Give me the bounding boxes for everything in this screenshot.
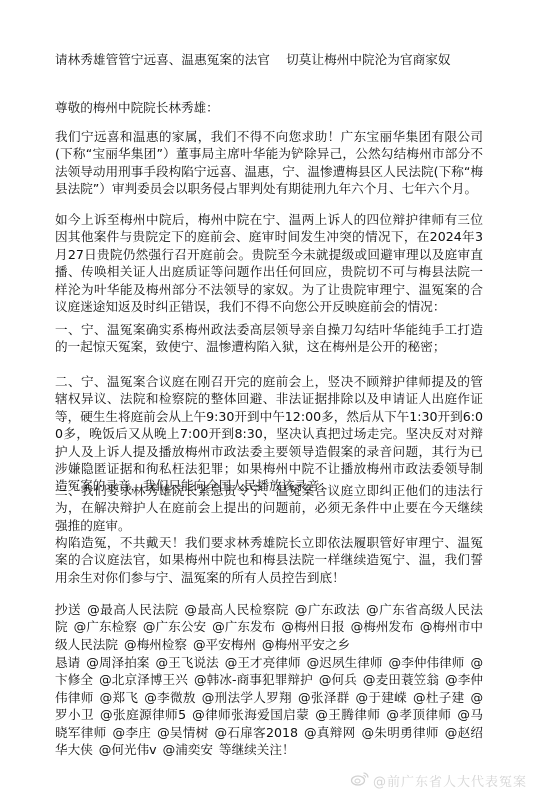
mention-link[interactable]: @梅州检察 [124, 637, 187, 652]
mention-link[interactable]: @北京泽博王兴 [99, 672, 188, 687]
mention-link[interactable]: @王腾律师 [315, 707, 380, 722]
mention-link[interactable]: @石扉客2018 [215, 725, 299, 740]
paragraph-point-two: 二、宁、温冤案合议庭在刚召开完的庭前会上，竖决不顾辩护律师提及的管辖权异议、法院… [55, 373, 483, 495]
request-list: 恳请@周泽拍案@王飞说法@王才亮律师@迟夙生律师@李仲伟律师@卞修全@北京泽博王… [55, 654, 483, 758]
mention-link[interactable]: @迟夙生律师 [307, 655, 383, 670]
cc-mentions: @最高人民法院@最高人民检察院@广东政法@广东省高级人民法院@广东检察@广东公安… [55, 602, 483, 652]
paragraph-intro: 我们宁远喜和温惠的家属，我们不得不向您求助！广东宝丽华集团有限公司(下称“宝丽华… [55, 128, 483, 198]
mention-link[interactable]: @朱明勇律师 [362, 725, 439, 740]
paragraph-point-one: 一、宁、温冤案确实系梅州政法委高层领导亲自操刀勾结叶华能纯手工打造的一起惊天冤案… [55, 321, 483, 356]
watermark-text: @前广东省人大代表冤案 [373, 771, 527, 790]
mention-link[interactable]: @张泽群 [298, 690, 350, 705]
mention-link[interactable]: @周泽拍案 [86, 655, 149, 670]
mention-link[interactable]: @王才亮律师 [225, 655, 301, 670]
mention-link[interactable]: @律师张海爱国启蒙 [192, 707, 309, 722]
request-label: 恳请 [55, 655, 80, 670]
letter-image: 请林秀雄管管宁远喜、温惠冤案的法官 切莫让梅州中院沦为官商家奴 尊敬的梅州中院院… [0, 0, 533, 800]
mention-link[interactable]: @孝顶律师 [386, 707, 451, 722]
mention-link[interactable]: @韩冰-商事犯罪辩护 [194, 672, 313, 687]
mention-link[interactable]: @何光伟v [99, 742, 157, 757]
mention-link[interactable]: @梅州平安之乡 [262, 637, 350, 652]
cc-list: 抄送@最高人民法院@最高人民检察院@广东政法@广东省高级人民法院@广东检察@广东… [55, 601, 483, 653]
mention-link[interactable]: @平安梅州 [193, 637, 256, 652]
mention-link[interactable]: @广东政法 [295, 602, 360, 617]
mention-link[interactable]: @李仲伟律师 [389, 655, 465, 670]
mention-link[interactable]: @李微敖 [144, 690, 196, 705]
paragraph-appeal-background: 如今上诉至梅州中院后，梅州中院在宁、温两上诉人的四位辩护律师有三位因其他案件与贵… [55, 211, 483, 315]
cc-label: 抄送 [55, 602, 81, 617]
mention-link[interactable]: @李庄 [112, 725, 151, 740]
mention-link[interactable]: @麦田蓑笠翁 [363, 672, 439, 687]
request-suffix: 等继续关注！ [219, 742, 295, 757]
mention-link[interactable]: @杜子建 [413, 690, 465, 705]
watermark: @前广东省人大代表冤案 [350, 770, 527, 790]
mention-link[interactable]: @王飞说法 [156, 655, 219, 670]
mention-link[interactable]: @郑飞 [100, 690, 139, 705]
mention-link[interactable]: @广东检察 [74, 619, 137, 634]
mention-link[interactable]: @浦奕安 [163, 742, 213, 757]
mention-link[interactable]: @刑法学人罗翔 [202, 690, 292, 705]
letter-salutation: 尊敬的梅州中院院长林秀雄： [55, 99, 219, 116]
paragraph-closing: 构陷造冤，不共戴天！我们要求林秀雄院长立即依法履职管好审理宁、温冤案的合议庭法官… [55, 534, 483, 586]
mention-link[interactable]: @最高人民法院 [87, 602, 178, 617]
mention-link[interactable]: @广东发布 [212, 619, 275, 634]
weibo-logo-icon [350, 770, 370, 790]
letter-title: 请林秀雄管管宁远喜、温惠冤案的法官 切莫让梅州中院沦为官商家奴 [55, 51, 451, 69]
mention-link[interactable]: @广东公安 [143, 619, 206, 634]
mention-link[interactable]: @最高人民检察院 [184, 602, 288, 617]
mention-link[interactable]: @于建嵘 [355, 690, 407, 705]
mention-link[interactable]: @真辩网 [304, 725, 355, 740]
mention-link[interactable]: @梅州发布 [351, 619, 414, 634]
mention-link[interactable]: @何兵 [319, 672, 357, 687]
mention-link[interactable]: @吴情树 [157, 725, 208, 740]
mention-link[interactable]: @张庭源律师5 [100, 707, 186, 722]
paragraph-point-three: 三、我们要求林秀雄院长紧急责令宁、温冤案合议庭立即纠正他们的违法行为，在解决辩护… [55, 482, 483, 534]
mention-link[interactable]: @梅州日报 [281, 619, 344, 634]
